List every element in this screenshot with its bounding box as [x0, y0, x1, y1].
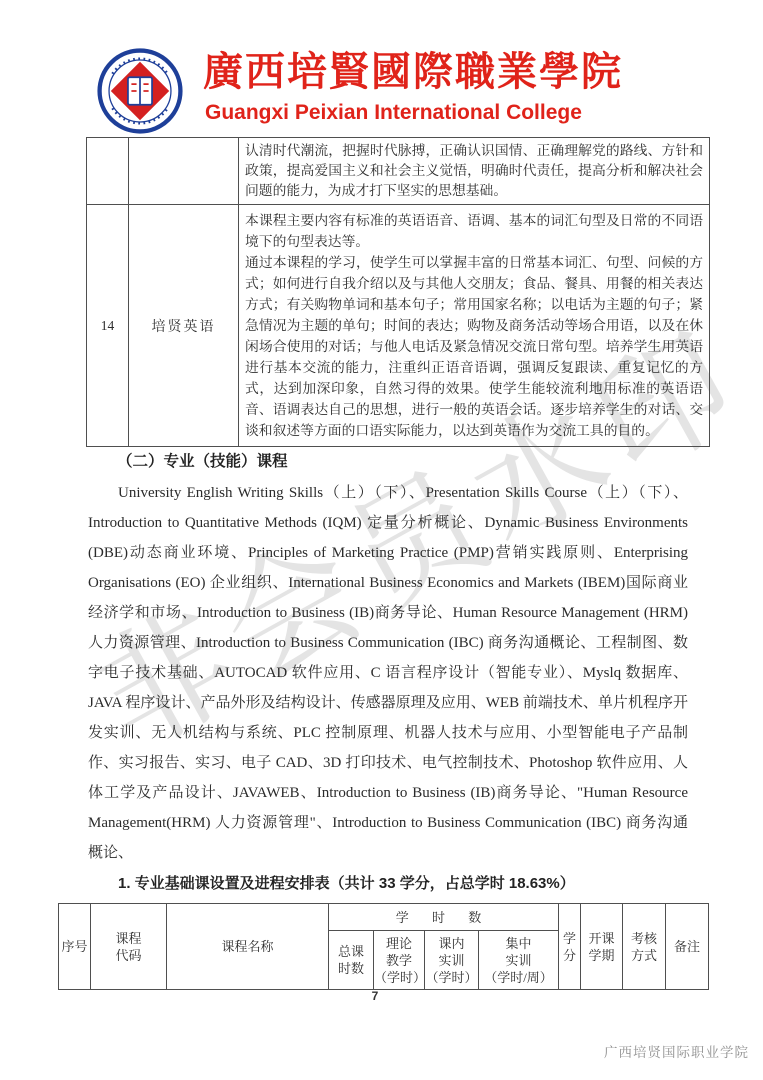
course-no-cell: 14: [87, 205, 129, 447]
course-desc-paragraph-2: 通过本课程的学习，使学生可以掌握丰富的日常基本词汇、句型、问候的方式；如何进行自…: [245, 252, 703, 441]
col-serial-no: 序号: [59, 904, 91, 990]
table-row-continuation: 认清时代潮流，把握时代脉搏，正确认识国情、正确理解党的路线、方针和政策，提高爱国…: [87, 138, 710, 205]
col-assessment: 考核 方式: [623, 904, 666, 990]
col-concentrated-line1: 集中: [479, 935, 558, 952]
letterhead: 廣西培賢國際職業學院 Guangxi Peixian International…: [95, 46, 670, 136]
college-name-zh: 廣西培賢國際職業學院: [203, 48, 668, 96]
course-description-table: 认清时代潮流，把握时代脉搏，正确认识国情、正确理解党的路线、方针和政策，提高爱国…: [86, 137, 710, 447]
page-number: 7: [0, 989, 750, 1003]
col-theory-line1: 理论: [374, 935, 424, 952]
col-group-hours: 学 时 数: [329, 904, 559, 931]
col-inclass-hours: 课内 实训 （学时）: [425, 931, 479, 990]
document-page: 非会员水印 廣西培賢國際職業學院 Guangxi Peixian Interna: [0, 0, 763, 1080]
course-name-cell: 培贤英语: [129, 205, 239, 447]
col-total-hours-line1: 总课: [329, 943, 373, 960]
section-heading: （二）专业（技能）课程: [117, 449, 288, 471]
course-no-cell: [87, 138, 129, 205]
col-assessment-line2: 方式: [623, 947, 665, 964]
college-seal-icon: [97, 48, 183, 134]
col-inclass-line2: 实训: [425, 952, 478, 969]
col-inclass-line3: （学时）: [425, 969, 478, 986]
col-semester: 开课 学期: [581, 904, 623, 990]
col-credits-line2: 分: [559, 947, 580, 964]
course-desc-cell: 认清时代潮流，把握时代脉搏，正确认识国情、正确理解党的路线、方针和政策，提高爱国…: [239, 138, 710, 205]
col-remarks: 备注: [666, 904, 709, 990]
col-course-code: 课程 代码: [91, 904, 167, 990]
subsection-heading: 1. 专业基础课设置及进程安排表（共计 33 学分，占总学时 18.63%）: [118, 872, 575, 893]
col-theory-line3: （学时）: [374, 969, 424, 986]
col-inclass-line1: 课内: [425, 935, 478, 952]
col-concentrated-line2: 实训: [479, 952, 558, 969]
col-theory-line2: 教学: [374, 952, 424, 969]
col-semester-line1: 开课: [581, 930, 622, 947]
college-name-en: Guangxi Peixian International College: [205, 100, 670, 126]
col-theory-hours: 理论 教学 （学时）: [374, 931, 425, 990]
col-concentrated-hours: 集中 实训 （学时/周）: [479, 931, 559, 990]
col-course-name: 课程名称: [167, 904, 329, 990]
schedule-header-row-1: 序号 课程 代码 课程名称 学 时 数 学 分 开课 学期 考核 方式: [59, 904, 709, 931]
col-credits: 学 分: [559, 904, 581, 990]
course-desc-cell: 本课程主要内容有标准的英语语音、语调、基本的词汇句型及日常的不同语境下的句型表达…: [239, 205, 710, 447]
course-desc-paragraph-1: 本课程主要内容有标准的英语语音、语调、基本的词汇句型及日常的不同语境下的句型表达…: [245, 210, 703, 252]
course-list-paragraph: University English Writing Skills（上）（下）、…: [88, 478, 688, 868]
table-row-14: 14 培贤英语 本课程主要内容有标准的英语语音、语调、基本的词汇句型及日常的不同…: [87, 205, 710, 447]
col-total-hours-line2: 时数: [329, 960, 373, 977]
col-semester-line2: 学期: [581, 947, 622, 964]
col-credits-line1: 学: [559, 930, 580, 947]
course-desc-text: 认清时代潮流，把握时代脉搏，正确认识国情、正确理解党的路线、方针和政策，提高爱国…: [245, 141, 703, 201]
col-course-code-line2: 代码: [91, 947, 166, 964]
col-concentrated-line3: （学时/周）: [479, 969, 558, 986]
col-total-hours: 总课 时数: [329, 931, 374, 990]
footer-college-name: 广西培贤国际职业学院: [604, 1041, 749, 1061]
schedule-table: 序号 课程 代码 课程名称 学 时 数 学 分 开课 学期 考核 方式: [58, 903, 709, 990]
course-name-cell: [129, 138, 239, 205]
col-course-code-line1: 课程: [91, 930, 166, 947]
col-assessment-line1: 考核: [623, 930, 665, 947]
